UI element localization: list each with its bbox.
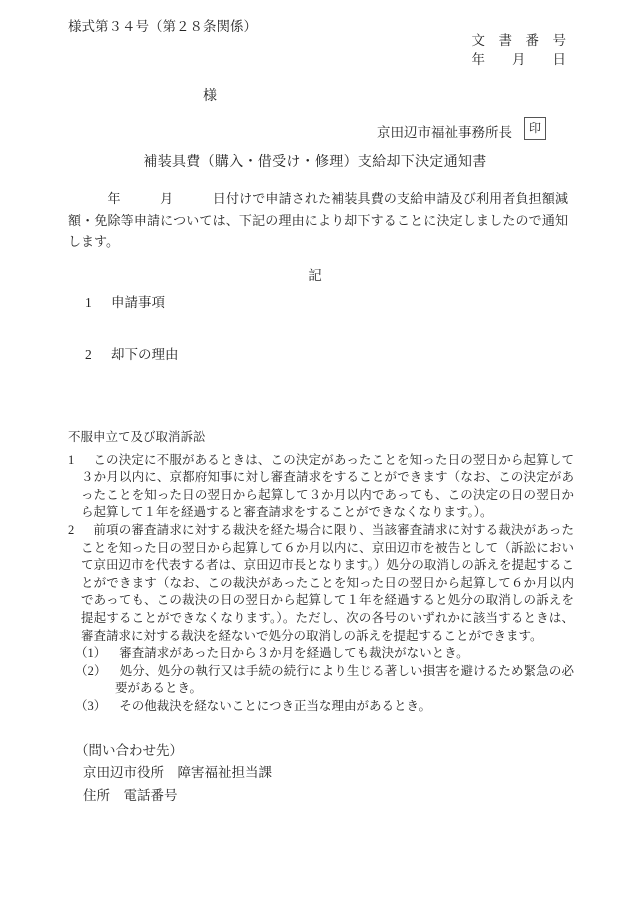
contact-block: （問い合わせ先） 京田辺市役所 障害福祉担当課 住所 電話番号 bbox=[75, 740, 272, 807]
appeal-item-number: 2 bbox=[68, 523, 74, 537]
section-item-application: 1申請事項 bbox=[85, 291, 165, 311]
appeal-subitem: （3）その他裁決を経ないことにつき正当な理由があるとき。 bbox=[75, 698, 574, 716]
appeal-subitem: （2）処分、処分の執行又は手続の続行により生じる著しい損害を避けるため緊急の必要… bbox=[75, 663, 574, 698]
recipient-name-suffix: 様 bbox=[203, 85, 217, 105]
section-item-rejection-reason: 2却下の理由 bbox=[85, 343, 179, 363]
appeal-item: 1この決定に不服があるときは、この決定があったことを知った日の翌日から起算して３… bbox=[68, 452, 574, 522]
document-number-line: 文 書 番 号 bbox=[472, 32, 567, 51]
appeal-item-text: 前項の審査請求に対する裁決を経た場合に限り、当該審査請求に対する裁決があったこと… bbox=[81, 523, 574, 643]
date-line: 年 月 日 bbox=[472, 51, 567, 70]
appeal-subitem-text: 審査請求があった日から３か月を経過しても裁決がないとき。 bbox=[119, 646, 468, 660]
seal-stamp: 印 bbox=[524, 117, 546, 140]
appeal-subitem-number: （3） bbox=[75, 699, 106, 713]
issuer-title: 京田辺市福祉事務所長 bbox=[377, 121, 512, 141]
section-label: 申請事項 bbox=[111, 295, 165, 310]
contact-heading: （問い合わせ先） bbox=[75, 740, 272, 762]
contact-office: 京田辺市役所 障害福祉担当課 bbox=[83, 762, 272, 784]
appeal-item-text: この決定に不服があるときは、この決定があったことを知った日の翌日から起算して３か… bbox=[81, 453, 574, 520]
appeal-item-number: 1 bbox=[68, 453, 74, 467]
appeal-subitem: （1）審査請求があった日から３か月を経過しても裁決がないとき。 bbox=[75, 645, 574, 663]
section-label: 却下の理由 bbox=[111, 347, 179, 362]
appeal-subitem-number: （2） bbox=[75, 664, 107, 678]
ki-marker: 記 bbox=[0, 264, 630, 284]
document-number-block: 文 書 番 号 年 月 日 bbox=[472, 32, 567, 69]
form-number: 様式第３４号（第２８条関係） bbox=[68, 15, 257, 35]
section-number: 1 bbox=[85, 295, 111, 311]
appeal-and-revocation-section: 不服申立て及び取消訴訟 1この決定に不服があるときは、この決定があったことを知っ… bbox=[68, 429, 574, 716]
notice-document-page: 様式第３４号（第２８条関係） 文 書 番 号 年 月 日 様 京田辺市福祉事務所… bbox=[0, 0, 630, 915]
contact-address: 住所 電話番号 bbox=[83, 785, 272, 807]
document-title: 補装具費（購入・借受け・修理）支給却下決定通知書 bbox=[0, 151, 630, 171]
appeal-subitem-text: 処分、処分の執行又は手続の続行により生じる著しい損害を避けるため緊急の必要がある… bbox=[115, 664, 574, 696]
appeal-subitem-number: （1） bbox=[75, 646, 106, 660]
appeal-heading: 不服申立て及び取消訴訟 bbox=[68, 429, 574, 447]
section-number: 2 bbox=[85, 347, 111, 363]
appeal-subitem-text: その他裁決を経ないことにつき正当な理由があるとき。 bbox=[119, 699, 431, 713]
appeal-item: 2前項の審査請求に対する裁決を経た場合に限り、当該審査請求に対する裁決があったこ… bbox=[68, 522, 574, 645]
body-paragraph: 年 月 日付けで申請された補装具費の支給申請及び利用者負担額減額・免除等申請につ… bbox=[68, 188, 568, 253]
